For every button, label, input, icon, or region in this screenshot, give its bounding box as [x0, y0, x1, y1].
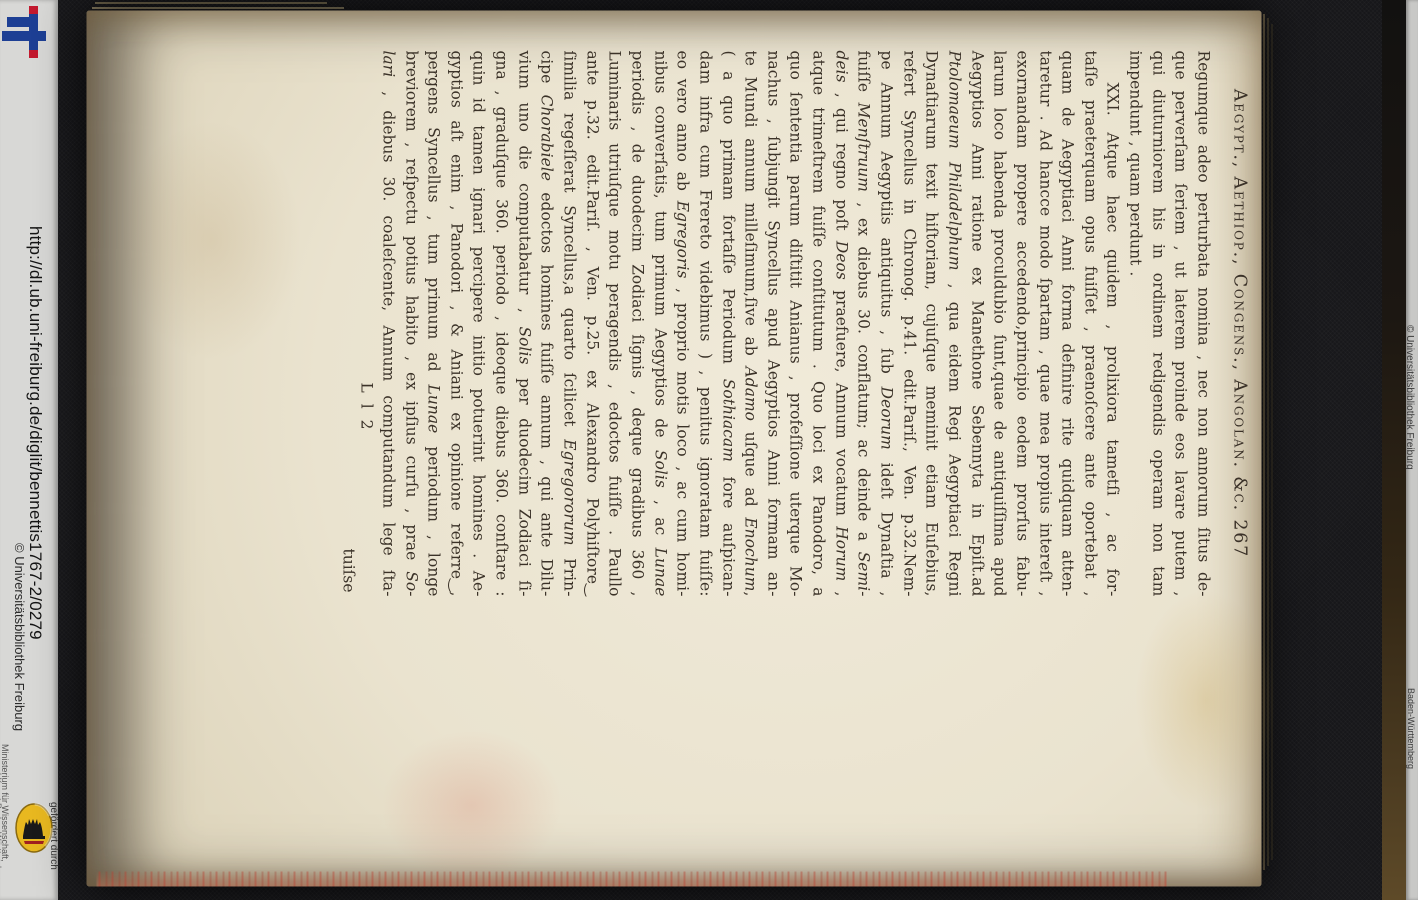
paper-stain	[1135, 590, 1275, 810]
running-head: Aegypt., Aethiop., Congens., Angolan. &c…	[1229, 50, 1249, 596]
text-line: larum loco habenda proculdubio ſunt,quae…	[988, 50, 1011, 596]
text-line: Ptolomaeum Philadelphum , qua eidem Regi…	[942, 50, 965, 596]
text-line: lari , diebus 30. coaleſcente, Annum com…	[376, 50, 399, 596]
text-line: que perverſam ſeriem , ut laterem proind…	[1169, 50, 1192, 596]
text-line: dam infra cum Frereto videbimus ) , peni…	[693, 50, 716, 596]
bw-ministry-logo-icon	[15, 803, 53, 853]
text-line: ſimilia regeſſerat Syncellus,a quarto ſc…	[557, 50, 580, 596]
paper-stain	[121, 120, 301, 360]
text-line: deis , qui regno poſt Deos praefuere, An…	[829, 50, 852, 596]
region-text-clipped: Baden-Württemberg	[1406, 688, 1416, 769]
page-body: Regumque adeo perturbata nomina , nec no…	[376, 50, 1214, 596]
copyright-text-clipped: © Universitätsbibliothek Freiburg	[1406, 325, 1415, 470]
text-line: ante p.32. edit.Pariſ. , Ven. p.25. ex A…	[580, 50, 603, 596]
text-line: cipe Chorabiele edoctos homines fuiſſe a…	[535, 50, 558, 596]
text-line: periodis , de duodecim Zodiaci ſignis , …	[625, 50, 648, 596]
paper-stain	[381, 730, 561, 880]
text-line: ( a quo primam fortaſſe Periodum Sothiac…	[716, 50, 739, 596]
scan-viewer: http://dl.ub.uni-freiburg.de/diglit/benn…	[0, 0, 1418, 900]
page-edge-line	[95, 2, 327, 4]
text-line: impendunt , quam perdunt .	[1123, 50, 1146, 596]
copyright-text: © Universitätsbibliothek Freiburg	[12, 543, 27, 731]
text-line: qui diuturniorem his in ordinem redigend…	[1146, 50, 1169, 596]
text-line: refert Syncellus in Chronog. p.41. edit.…	[897, 50, 920, 596]
page-edge-line	[1267, 18, 1269, 866]
right-page-strip: © Universitätsbibliothek Freiburg Baden-…	[1406, 0, 1418, 900]
text-line: eo vero anno ab Egregoris , proprio moti…	[671, 50, 694, 596]
sprinkled-red-edge	[96, 871, 1166, 886]
logo-bar	[2, 31, 46, 41]
text-line: vium uno die computabatur , Solis per du…	[512, 50, 535, 596]
page-edge-line	[1263, 14, 1265, 870]
book-page-scan: Aegypt., Aethiop., Congens., Angolan. &c…	[85, 10, 1262, 886]
text-line: te Mundi annum milleſimum,ſive ab Adamo …	[739, 50, 762, 596]
page-edge-line	[1271, 24, 1273, 860]
logo-bar	[7, 17, 38, 27]
ub-freiburg-logo-icon	[0, 2, 58, 64]
text-line: pergens Syncellus , tum primum ad Lunae …	[422, 50, 445, 596]
text-line: atque trimeſtrem fuiſſe conſtitutum . Qu…	[806, 50, 829, 596]
text-line: nibus converſatis, tum primum Aegyptios …	[648, 50, 671, 596]
text-line: quin id tamen ignari percipere initio po…	[467, 50, 490, 596]
text-line: taſſe praeterquam opus fuiſſet , praenoſ…	[1078, 50, 1101, 596]
text-line: Regumque adeo perturbata nomina , nec no…	[1191, 50, 1214, 596]
text-line: quo ſententia parum diſtitit Anianus , p…	[784, 50, 807, 596]
text-line: nachus , ſubjungit Syncellus apud Aegypt…	[761, 50, 784, 596]
text-line: Luminaris utriuſque motu peragendis , ed…	[603, 50, 626, 596]
gathering-signature: L l 2	[357, 382, 375, 432]
text-line: Aegyptios Anni ratione ex Manethone Sebe…	[965, 50, 988, 596]
text-line: gna , graduſque 360. periodo , ideoque d…	[490, 50, 513, 596]
text-line: exornandam propere accedendo,principio e…	[1010, 50, 1033, 596]
source-url: http://dl.ub.uni-freiburg.de/diglit/benn…	[25, 226, 45, 640]
logo-square	[29, 50, 38, 58]
text-line: breviorem , reſpectu potius habito , ex …	[399, 50, 422, 596]
text-line: Dynaſtiarum texit hiſtoriam, cujuſque me…	[920, 50, 943, 596]
left-sidebar: http://dl.ub.uni-freiburg.de/diglit/benn…	[0, 0, 58, 900]
book-page: Aegypt., Aethiop., Congens., Angolan. &c…	[86, 10, 1261, 886]
logo-square	[29, 6, 38, 14]
text-line: fuiſſe Menſtruum , ex diebus 30. conflat…	[852, 50, 875, 596]
book-cover-edge	[1382, 0, 1406, 900]
text-line: XXI. Atque haec quidem , prolixiora tame…	[1101, 50, 1124, 596]
text-line: pe Annum Aegyptiis antiquitus , ſub Deor…	[874, 50, 897, 596]
catchword: tuiſse	[339, 548, 357, 592]
text-line: quam de Aegyptiaci Anni forma definire r…	[1056, 50, 1079, 596]
page-edge-line	[92, 7, 344, 9]
text-line: taretur . Ad hancce modo ſpartam , quae …	[1033, 50, 1056, 596]
text-line: gyptios aſt enim , Panodori , & Aniani e…	[444, 50, 467, 596]
ministry-text-clipped: und Kunst Baden-Württemberg	[0, 760, 3, 884]
